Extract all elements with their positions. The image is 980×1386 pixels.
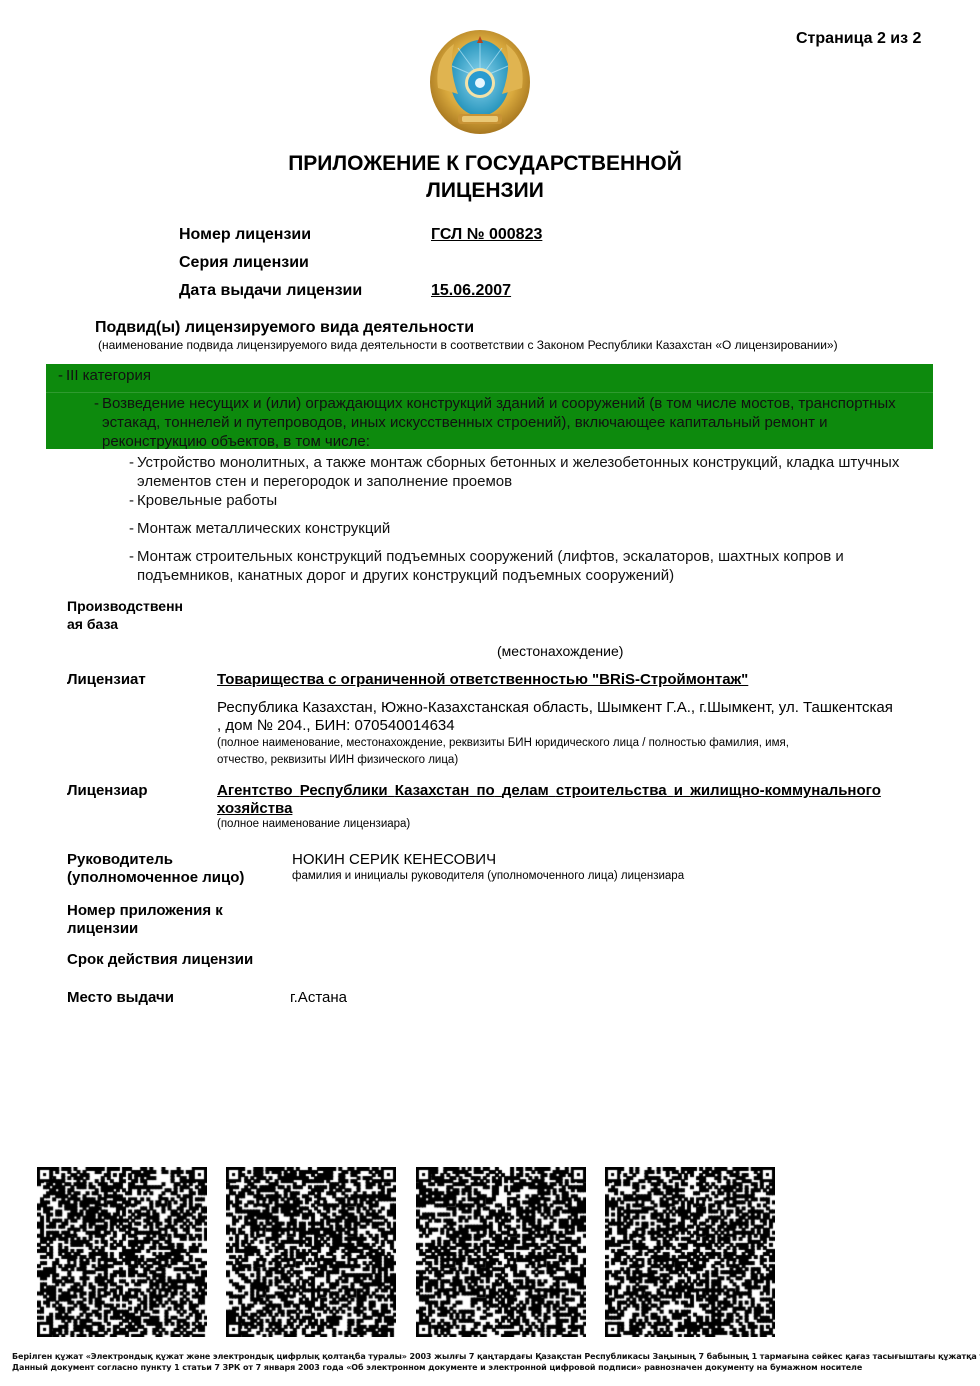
qr-code-1-icon: [37, 1167, 207, 1337]
sub-activity-1-line-2: элементов стен и перегородок и заполнени…: [129, 472, 899, 491]
sub-activity-3: Монтаж металлических конструкций: [137, 520, 390, 537]
sub-activity-2: Кровельные работы: [137, 492, 277, 509]
footer-note-kz: Берілген құжат «Электрондық құжат және э…: [12, 1352, 980, 1361]
subtypes-subtitle: (наименование подвида лицензируемого вид…: [98, 338, 838, 352]
sub-activity-item: -Монтаж металлических конструкций: [129, 519, 390, 538]
licensor-word: и: [674, 782, 683, 799]
main-activity-line-1: Возведение несущих и (или) ограждающих к…: [102, 395, 896, 412]
subtypes-title: Подвид(ы) лицензируемого вида деятельнос…: [95, 319, 474, 337]
head-name: НОКИН СЕРИК КЕНЕСОВИЧ: [292, 851, 496, 869]
main-activity-line-2: эстакад, тоннелей и путепроводов, иных и…: [94, 413, 896, 432]
production-base-label-line-2: ая база: [67, 615, 183, 633]
licensor-word: жилищно-коммунального: [690, 782, 881, 799]
license-date-value: 15.06.2007: [431, 282, 511, 300]
head-caption: фамилия и инициалы руководителя (уполном…: [292, 868, 684, 885]
appendix-number-label: Номер приложения к лицензии: [67, 902, 223, 938]
licensee-name: Товарищества с ограниченной ответственно…: [217, 671, 748, 689]
qr-code-3-icon: [416, 1167, 586, 1337]
qr-code-4-icon: [605, 1167, 775, 1337]
licensee-caption: (полное наименование, местонахождение, р…: [217, 735, 789, 769]
validity-label: Срок действия лицензии: [67, 951, 253, 969]
licensor-word: Агентство: [217, 782, 293, 799]
licensor-label: Лицензиар: [67, 782, 148, 800]
appendix-number-label-line-1: Номер приложения к: [67, 902, 223, 920]
licensor-word: Республики: [300, 782, 388, 799]
licensor-name: Агентство Республики Казахстан по делам …: [217, 782, 881, 818]
sub-activity-4-line-2: подъемников, канатных дорог и других кон…: [129, 566, 844, 585]
license-number-value: ГСЛ № 000823: [431, 226, 542, 244]
page-indicator: Страница 2 из 2: [796, 30, 921, 48]
sub-activity-item: -Монтаж строительных конструкций подъемн…: [129, 547, 844, 585]
licensor-word: строительства: [556, 782, 667, 799]
licensor-word: Казахстан: [395, 782, 470, 799]
title-line-2: ЛИЦЕНЗИИ: [0, 177, 970, 204]
production-base-label: Производственн ая база: [67, 597, 183, 633]
license-number-label: Номер лицензии: [179, 226, 311, 244]
licensee-label: Лицензиат: [67, 671, 146, 689]
category-item: -III категория: [58, 366, 151, 385]
licensee-caption-line-1: (полное наименование, местонахождение, р…: [217, 735, 789, 752]
licensor-caption: (полное наименование лицензиара): [217, 816, 410, 833]
license-series-label: Серия лицензии: [179, 254, 309, 272]
license-date-label: Дата выдачи лицензии: [179, 282, 362, 300]
place-value: г.Астана: [290, 989, 347, 1007]
licensor-word: делам: [502, 782, 549, 799]
sub-activity-1-line-1: Устройство монолитных, а также монтаж сб…: [137, 454, 899, 471]
state-emblem-icon: [428, 28, 532, 136]
licensee-address: Республика Казахстан, Южно-Казахстанская…: [217, 699, 893, 735]
licensee-address-line-2: , дом № 204., БИН: 070540014634: [217, 717, 893, 735]
category-label: III категория: [66, 367, 151, 384]
production-base-caption: (местонахождение): [497, 642, 623, 660]
sub-activity-item: -Устройство монолитных, а также монтаж с…: [129, 453, 899, 491]
document-title: ПРИЛОЖЕНИЕ К ГОСУДАРСТВЕННОЙ ЛИЦЕНЗИИ: [0, 150, 970, 204]
main-activity-line-3: реконструкцию объектов, в том числе:: [94, 432, 896, 451]
licensee-address-line-1: Республика Казахстан, Южно-Казахстанская…: [217, 699, 893, 717]
sub-activity-4-line-1: Монтаж строительных конструкций подъемны…: [137, 548, 844, 565]
licensor-name-line-1: Агентство Республики Казахстан по делам …: [217, 782, 881, 800]
licensor-word: по: [476, 782, 494, 799]
title-line-1: ПРИЛОЖЕНИЕ К ГОСУДАРСТВЕННОЙ: [0, 150, 970, 177]
production-base-label-line-1: Производственн: [67, 597, 183, 615]
main-activity-item: -Возведение несущих и (или) ограждающих …: [94, 394, 896, 451]
sub-activity-item: -Кровельные работы: [129, 491, 277, 510]
head-label-line-2: (уполномоченное лицо): [67, 869, 244, 887]
footer-note-ru: Данный документ согласно пункту 1 статьи…: [12, 1363, 862, 1372]
band-divider: [46, 392, 933, 393]
place-label: Место выдачи: [67, 989, 174, 1007]
head-label-line-1: Руководитель: [67, 851, 244, 869]
appendix-number-label-line-2: лицензии: [67, 920, 223, 938]
head-label: Руководитель (уполномоченное лицо): [67, 851, 244, 887]
qr-code-2-icon: [226, 1167, 396, 1337]
licensee-caption-line-2: отчество, реквизиты ИИН физического лица…: [217, 752, 789, 769]
